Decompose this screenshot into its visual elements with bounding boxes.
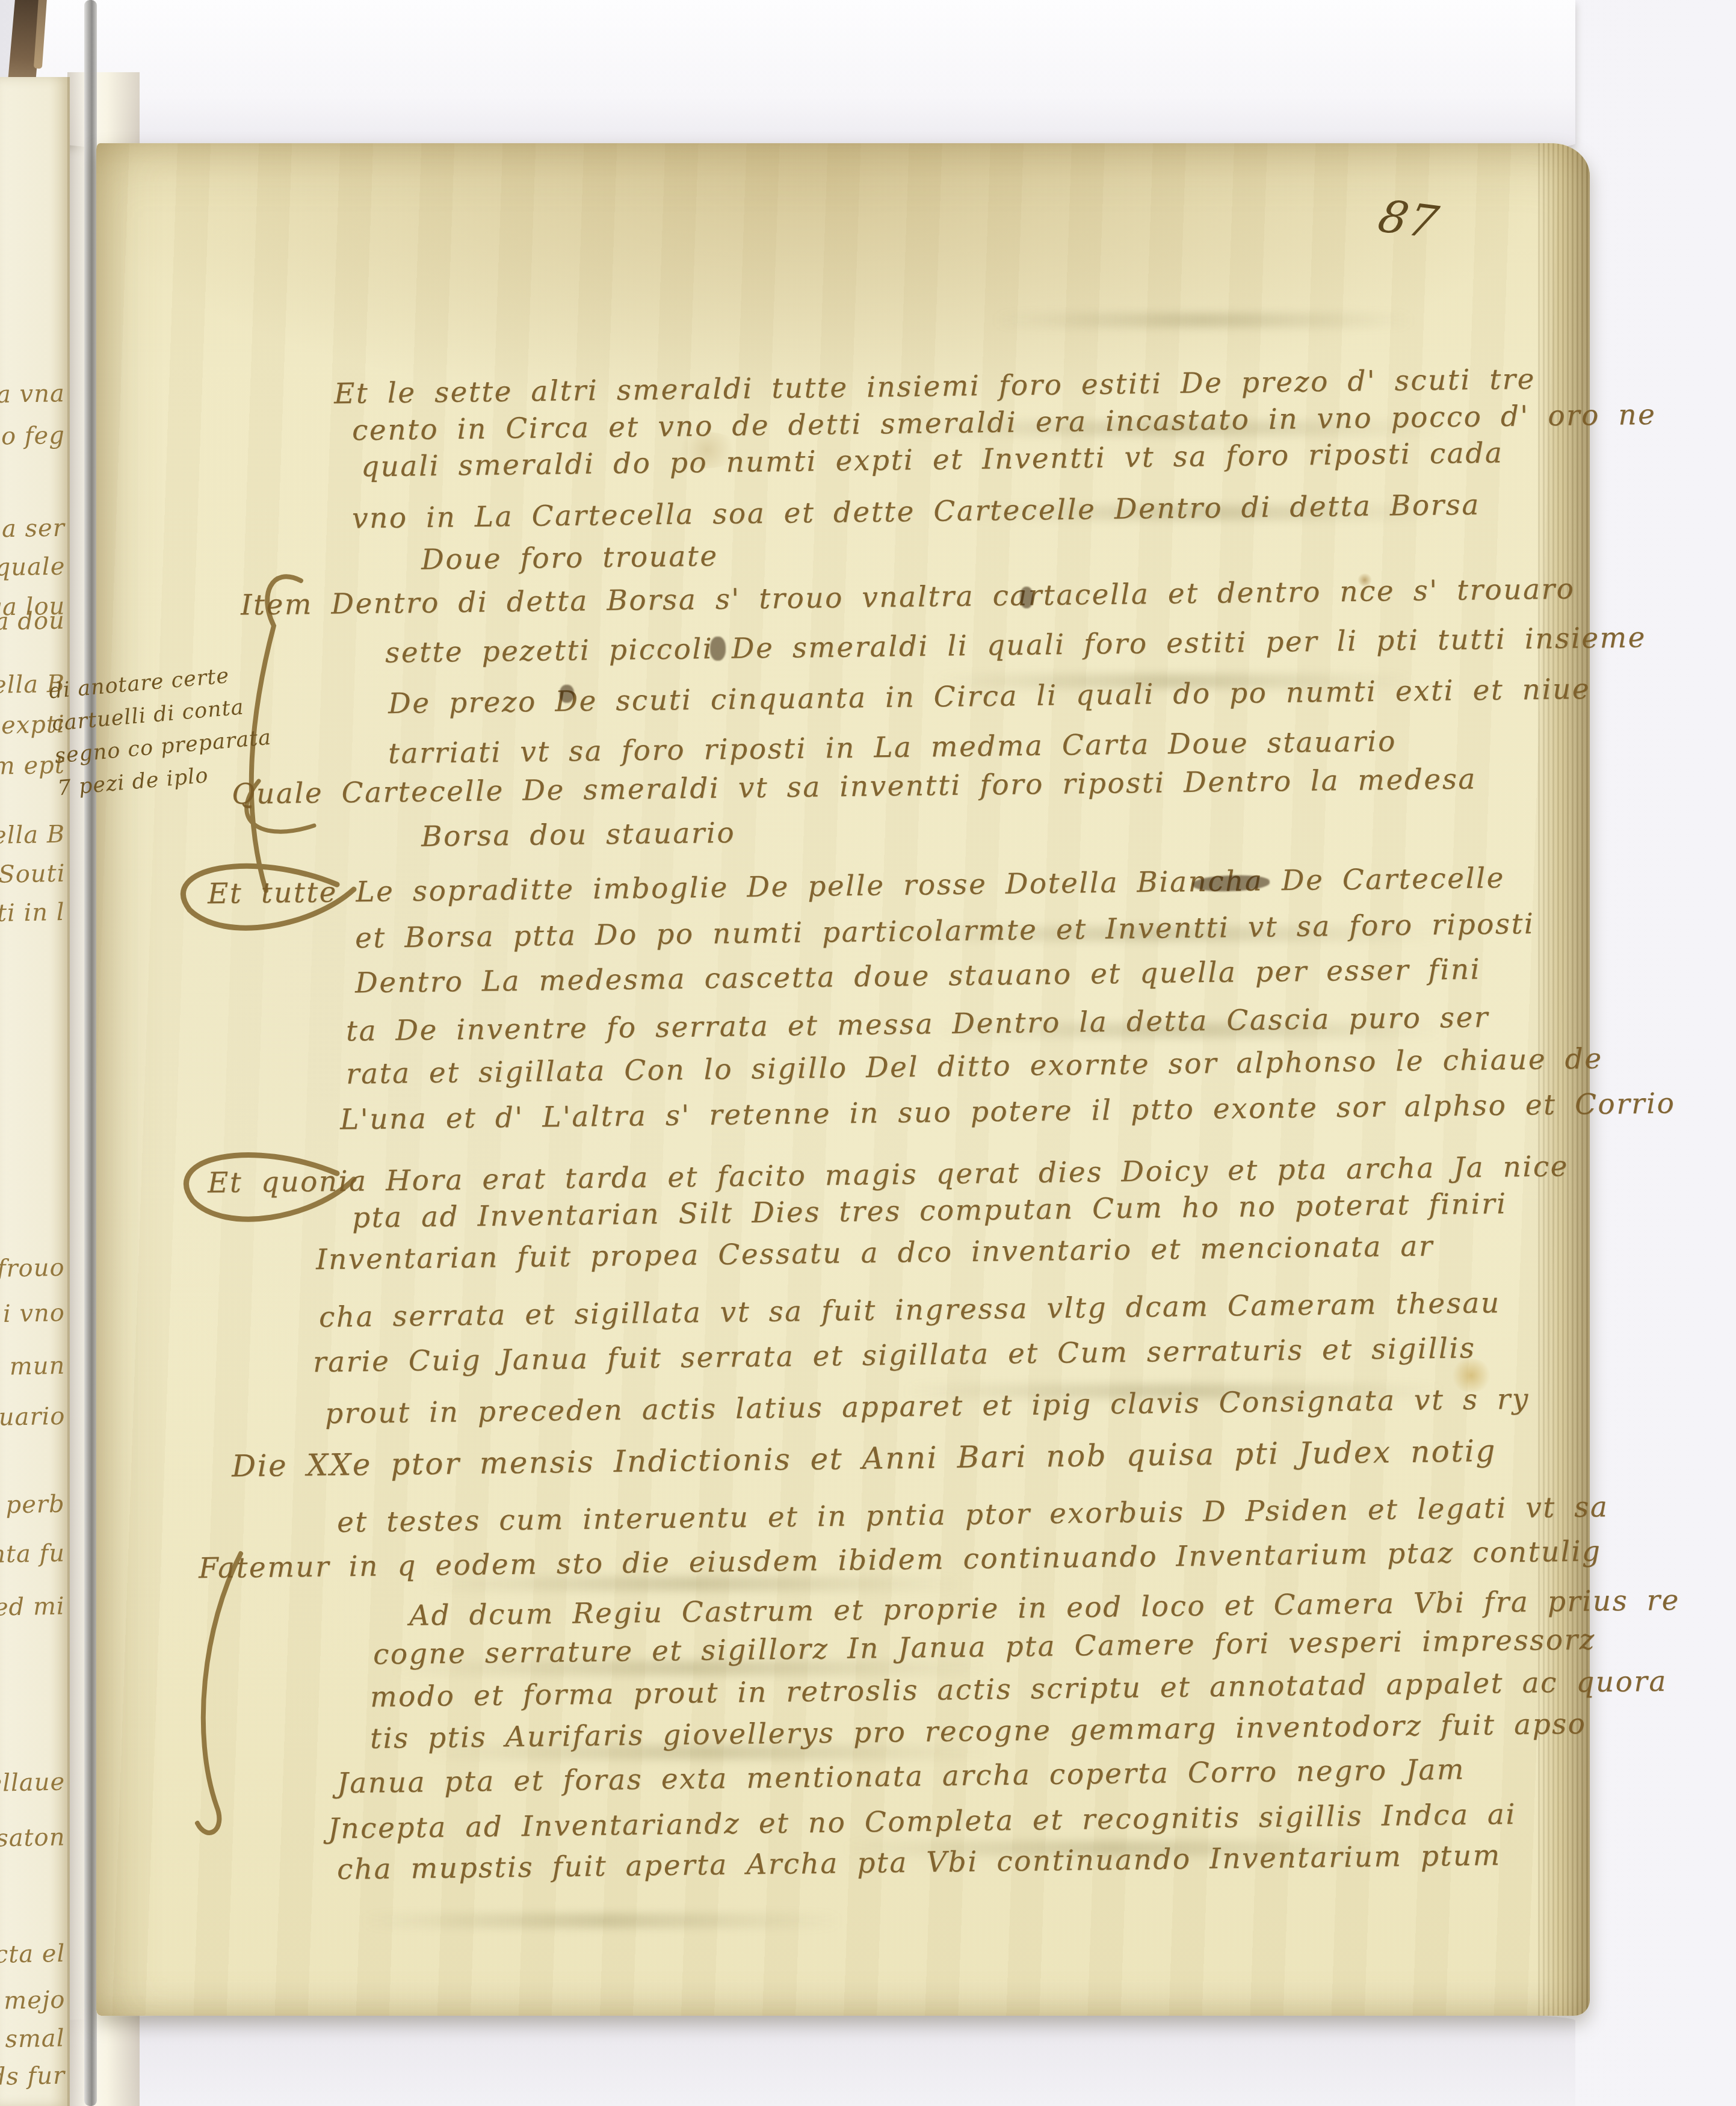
manuscript-scan: a vnamo fegucia serra qualefega loueza d…: [0, 0, 1736, 2106]
ink-blots: [0, 0, 1736, 2106]
strikethrough-blot: [1193, 874, 1270, 892]
ink-blot: [560, 685, 574, 703]
ink-blot: [710, 637, 726, 661]
ink-blot: [1020, 587, 1033, 608]
